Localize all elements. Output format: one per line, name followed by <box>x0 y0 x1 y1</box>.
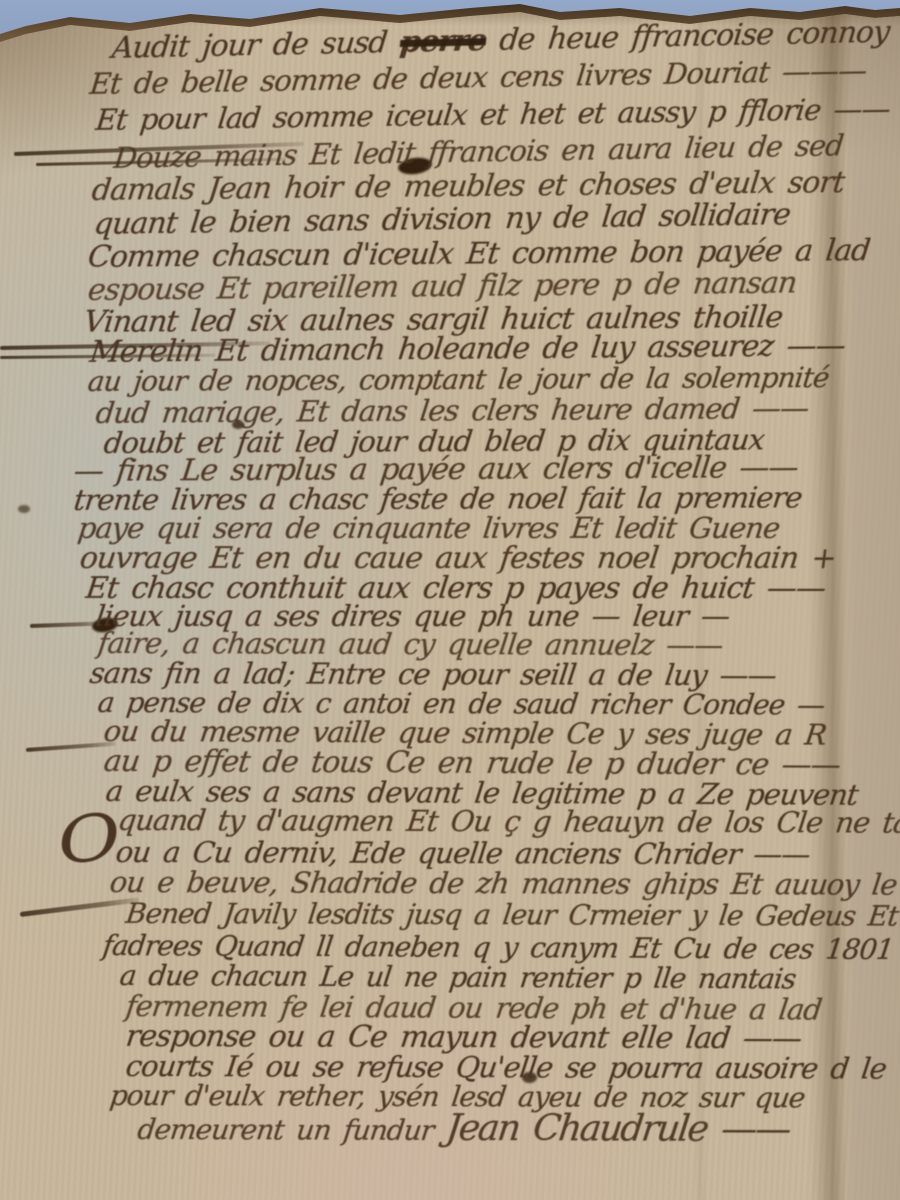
signature: Jean Chaudrule —— <box>444 1108 792 1150</box>
line-text: demeurent un fundur <box>136 1113 449 1147</box>
manuscript-photo: O Audit jour de susd perre de heue ffran… <box>0 0 900 1200</box>
struck-word: perre <box>399 23 488 60</box>
manuscript-line: demeurent un fundur Jean Chaudrule —— <box>138 1110 789 1148</box>
ink-blot <box>18 505 30 513</box>
manuscript-line: ou e beuve, Shadride de zh mannes ghips … <box>110 868 897 900</box>
manuscript-line: ouvrage Et en du caue aux festes noel pr… <box>80 544 836 574</box>
manuscript-line: paye qui sera de cinquante livres Et led… <box>78 514 779 543</box>
manuscript-line: Bened Javily lesdits jusq a leur Crmeier… <box>126 900 898 931</box>
line-text: Audit jour de susd <box>110 25 402 66</box>
manuscript-line: quand ty d'augmen Et Ou ç g heauyn de lo… <box>118 806 900 838</box>
